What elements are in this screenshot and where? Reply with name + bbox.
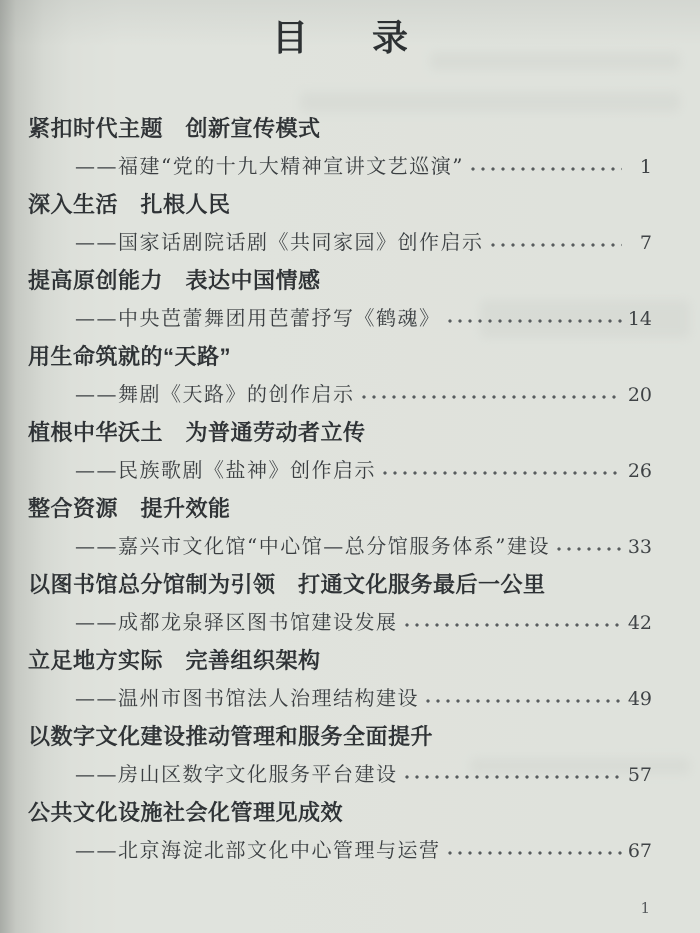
dotted-leader <box>554 529 622 565</box>
book-page: 目 录 紧扣时代主题 创新宣传模式 ——福建“党的十九大精神宣讲文艺巡演” 1 … <box>0 0 700 933</box>
page-title: 目 录 <box>28 10 652 61</box>
toc-entry-subline: ——民族歌剧《盐神》创作启示 26 <box>28 453 652 489</box>
toc-entry-subtitle: ——舞剧《天路》的创作启示 <box>75 377 355 412</box>
toc-entry: 公共文化设施社会化管理见成效 ——北京海淀北部文化中心管理与运营 67 <box>28 793 652 869</box>
toc-entry-page-number: 14 <box>628 302 652 337</box>
dotted-leader <box>468 149 622 185</box>
toc-entry-heading: 用生命筑就的“天路” <box>28 337 652 377</box>
toc-entry: 紧扣时代主题 创新宣传模式 ——福建“党的十九大精神宣讲文艺巡演” 1 <box>28 109 652 185</box>
toc-entry-heading: 立足地方实际 完善组织架构 <box>28 641 652 681</box>
toc-entry-subtitle: ——民族歌剧《盐神》创作启示 <box>75 453 376 488</box>
toc-entry: 以图书馆总分馆制为引领 打通文化服务最后一公里 ——成都龙泉驿区图书馆建设发展 … <box>28 565 652 641</box>
dotted-leader <box>402 605 622 641</box>
toc-entry-heading: 整合资源 提升效能 <box>28 489 652 529</box>
toc-entry-page-number: 42 <box>628 606 652 641</box>
toc-entry-page-number: 49 <box>628 682 652 717</box>
toc-entry: 以数字文化建设推动管理和服务全面提升 ——房山区数字文化服务平台建设 57 <box>28 717 652 793</box>
toc-entry-subtitle: ——福建“党的十九大精神宣讲文艺巡演” <box>75 149 464 184</box>
toc-entry-heading: 植根中华沃土 为普通劳动者立传 <box>28 413 652 453</box>
toc-entry: 整合资源 提升效能 ——嘉兴市文化馆“中心馆—总分馆服务体系”建设 33 <box>28 489 652 565</box>
toc-entry-heading: 紧扣时代主题 创新宣传模式 <box>28 109 652 149</box>
toc-entry-heading: 提高原创能力 表达中国情感 <box>28 261 652 301</box>
toc-entry-heading: 公共文化设施社会化管理见成效 <box>28 793 652 833</box>
dotted-leader <box>488 225 623 261</box>
toc-entry-subline: ——中央芭蕾舞团用芭蕾抒写《鹤魂》 14 <box>28 301 652 337</box>
toc-entry-subline: ——温州市图书馆法人治理结构建设 49 <box>28 681 652 717</box>
toc-entry-subline: ——舞剧《天路》的创作启示 20 <box>28 377 652 413</box>
toc-entry-heading: 深入生活 扎根人民 <box>28 185 652 225</box>
toc-entry-page-number: 1 <box>628 150 652 185</box>
toc-entry-subline: ——北京海淀北部文化中心管理与运营 67 <box>28 833 652 869</box>
toc-entry-subline: ——成都龙泉驿区图书馆建设发展 42 <box>28 605 652 641</box>
toc-entry-page-number: 57 <box>628 758 652 793</box>
toc-entry-subtitle: ——嘉兴市文化馆“中心馆—总分馆服务体系”建设 <box>75 529 550 564</box>
toc-content: 目 录 紧扣时代主题 创新宣传模式 ——福建“党的十九大精神宣讲文艺巡演” 1 … <box>0 0 700 933</box>
toc-entry-subtitle: ——温州市图书馆法人治理结构建设 <box>75 681 419 716</box>
toc-entry: 用生命筑就的“天路” ——舞剧《天路》的创作启示 20 <box>28 337 652 413</box>
footer-page-number: 1 <box>640 899 650 917</box>
dotted-leader <box>402 757 622 793</box>
toc-entry: 深入生活 扎根人民 ——国家话剧院话剧《共同家园》创作启示 7 <box>28 185 652 261</box>
toc-entry-page-number: 20 <box>628 378 652 413</box>
toc-entry-heading: 以图书馆总分馆制为引领 打通文化服务最后一公里 <box>28 565 652 605</box>
toc-entry: 植根中华沃土 为普通劳动者立传 ——民族歌剧《盐神》创作启示 26 <box>28 413 652 489</box>
dotted-leader <box>445 833 622 869</box>
toc-entry-subtitle: ——北京海淀北部文化中心管理与运营 <box>75 833 441 868</box>
toc-entry-subtitle: ——中央芭蕾舞团用芭蕾抒写《鹤魂》 <box>75 301 441 336</box>
toc-entry-subline: ——嘉兴市文化馆“中心馆—总分馆服务体系”建设 33 <box>28 529 652 565</box>
toc-entry-heading: 以数字文化建设推动管理和服务全面提升 <box>28 717 652 757</box>
toc-entry-subtitle: ——国家话剧院话剧《共同家园》创作启示 <box>75 225 484 260</box>
toc-entry-page-number: 67 <box>628 834 652 869</box>
toc-entry-subtitle: ——成都龙泉驿区图书馆建设发展 <box>75 605 398 640</box>
dotted-leader <box>380 453 622 489</box>
toc-entry-page-number: 33 <box>628 530 652 565</box>
toc-entry: 立足地方实际 完善组织架构 ——温州市图书馆法人治理结构建设 49 <box>28 641 652 717</box>
toc-entry-page-number: 26 <box>628 454 652 489</box>
dotted-leader <box>359 377 622 413</box>
toc-entry-page-number: 7 <box>628 226 652 261</box>
toc-entry-subline: ——国家话剧院话剧《共同家园》创作启示 7 <box>28 225 652 261</box>
toc-entry-subtitle: ——房山区数字文化服务平台建设 <box>75 757 398 792</box>
dotted-leader <box>445 301 622 337</box>
toc-entry-subline: ——房山区数字文化服务平台建设 57 <box>28 757 652 793</box>
toc-entry-subline: ——福建“党的十九大精神宣讲文艺巡演” 1 <box>28 149 652 185</box>
toc-entry: 提高原创能力 表达中国情感 ——中央芭蕾舞团用芭蕾抒写《鹤魂》 14 <box>28 261 652 337</box>
dotted-leader <box>423 681 622 717</box>
